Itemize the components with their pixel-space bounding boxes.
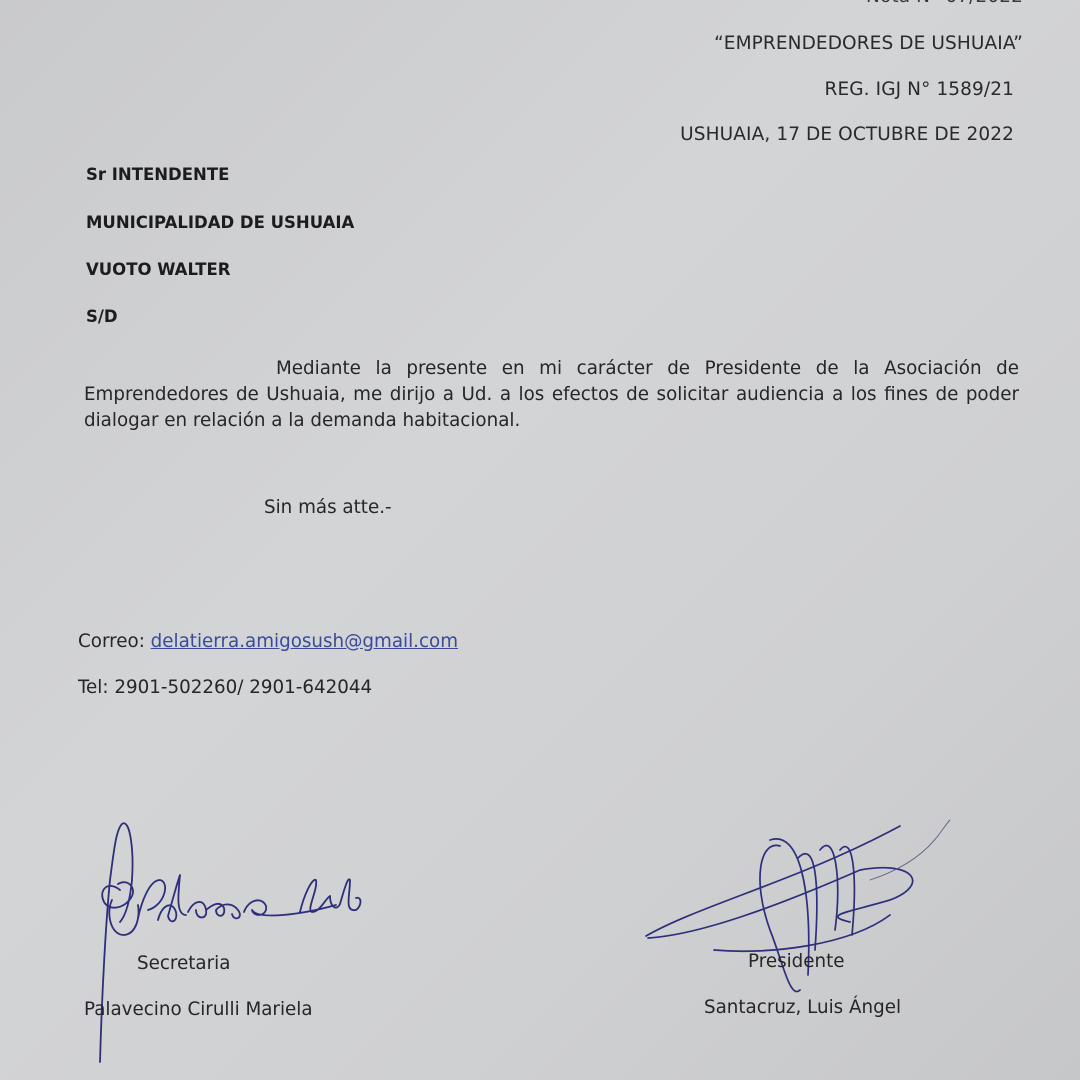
president-name: Santacruz, Luis Ángel <box>704 997 901 1018</box>
president-role: Presidente <box>748 951 845 972</box>
president-signature <box>0 0 1080 1080</box>
